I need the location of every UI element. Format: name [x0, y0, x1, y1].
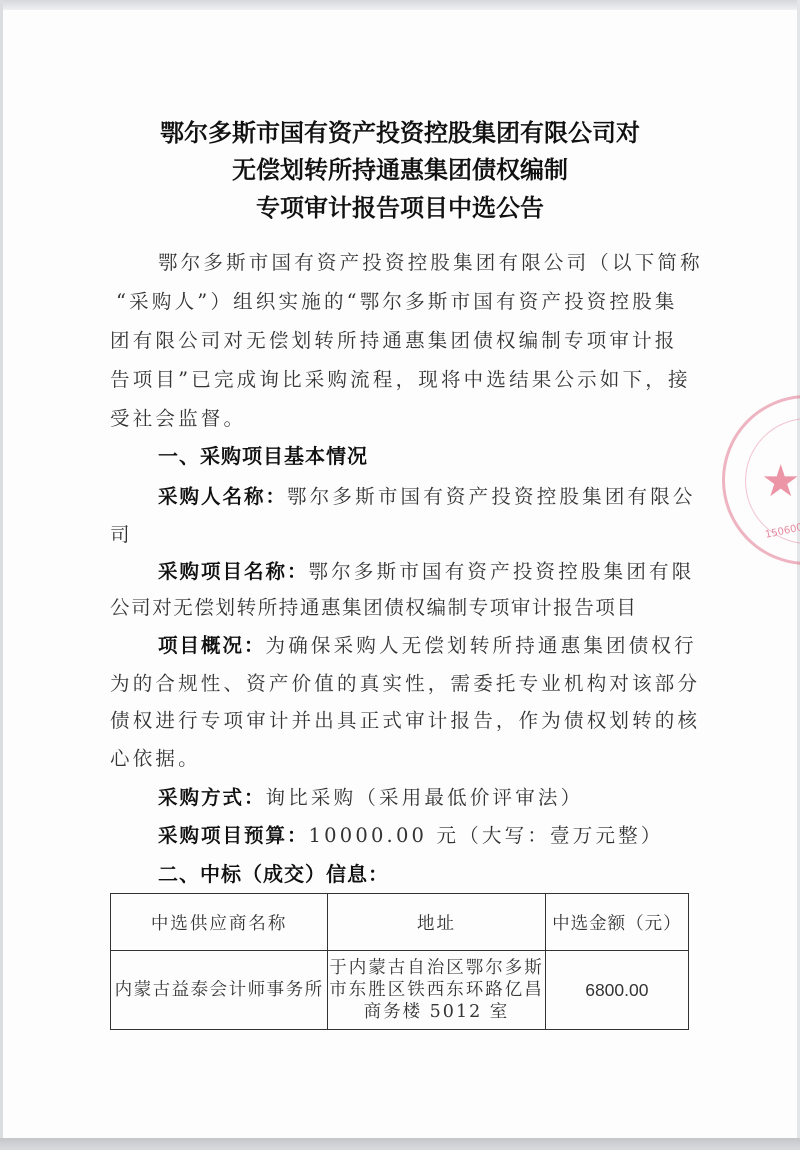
overview-line-3: 债权进行专项审计并出具正式审计报告，作为债权划转的核	[110, 705, 690, 733]
table-header-row: 中选供应商名称 地址 中选金额（元）	[111, 894, 689, 951]
overview-label: 项目概况：	[158, 634, 266, 657]
project-name-value-cont: 公司对无偿划转所持通惠集团债权编制专项审计报告项目	[110, 592, 690, 620]
project-name-line: 采购项目名称：鄂尔多斯市国有资产投资控股集团有限	[158, 556, 690, 584]
section-2-heading: 二、中标（成交）信息：	[158, 858, 690, 887]
method-label: 采购方式：	[158, 786, 266, 809]
project-name-label: 采购项目名称：	[158, 560, 309, 583]
address-line-1: 于内蒙古自治区鄂尔多斯	[328, 957, 545, 979]
title-line-3: 专项审计报告项目中选公告	[0, 188, 800, 223]
seal-star-icon: ★	[761, 460, 800, 504]
purchaser-line: 采购人名称：鄂尔多斯市国有资产投资控股集团有限公	[158, 481, 690, 509]
purchaser-value: 鄂尔多斯市国有资产投资控股集团有限公	[287, 485, 696, 508]
intro-line-5: 受社会监督。	[110, 403, 690, 431]
overview-line-4: 心依据。	[110, 743, 690, 771]
intro-line-3: 团有限公司对无偿划转所持通惠集团债权编制专项审计报	[110, 325, 690, 353]
section-1-heading: 一、采购项目基本情况	[158, 440, 690, 469]
overview-value: 为确保采购人无偿划转所持通惠集团债权行	[266, 634, 697, 657]
title-line-2: 无偿划转所持通惠集团债权编制	[0, 150, 800, 185]
official-seal-stamp: ★ 150600	[722, 395, 800, 565]
scan-edge-top	[0, 0, 800, 10]
overview-line: 项目概况：为确保采购人无偿划转所持通惠集团债权行	[158, 630, 690, 658]
cell-amount: 6800.00	[545, 951, 688, 1030]
scan-edge-bottom	[0, 1138, 800, 1150]
header-address: 地址	[328, 894, 546, 951]
method-value: 询比采购（采用最低价评审法）	[266, 786, 584, 809]
table-row: 内蒙古益泰会计师事务所 于内蒙古自治区鄂尔多斯 市东胜区铁西东环路亿昌 商务楼 …	[111, 951, 689, 1030]
title-line-1: 鄂尔多斯市国有资产投资控股集团有限公司对	[0, 113, 800, 148]
header-supplier: 中选供应商名称	[111, 894, 328, 951]
method-line: 采购方式：询比采购（采用最低价评审法）	[158, 782, 690, 810]
budget-line: 采购项目预算：10000.00 元（大写：壹万元整）	[158, 820, 690, 848]
cell-address: 于内蒙古自治区鄂尔多斯 市东胜区铁西东环路亿昌 商务楼 5012 室	[328, 951, 546, 1030]
project-name-value: 鄂尔多斯市国有资产投资控股集团有限	[309, 560, 695, 583]
address-line-2: 市东胜区铁西东环路亿昌	[328, 979, 545, 1001]
intro-line-4: 告项目”已完成询比采购流程，现将中选结果公示如下，接	[110, 364, 690, 392]
budget-label: 采购项目预算：	[158, 824, 309, 847]
purchaser-label: 采购人名称：	[158, 485, 287, 508]
overview-line-2: 为的合规性、资产价值的真实性，需委托专业机构对该部分	[110, 668, 690, 696]
intro-line-2: “采购人”）组织实施的“鄂尔多斯市国有资产投资控股集	[116, 286, 696, 314]
intro-line-1: 鄂尔多斯市国有资产投资控股集团有限公司（以下简称	[158, 247, 690, 275]
purchaser-value-cont: 司	[110, 519, 690, 547]
cell-supplier: 内蒙古益泰会计师事务所	[111, 951, 328, 1030]
header-amount: 中选金额（元）	[545, 894, 688, 951]
award-table: 中选供应商名称 地址 中选金额（元） 内蒙古益泰会计师事务所 于内蒙古自治区鄂尔…	[110, 893, 689, 1030]
address-line-3: 商务楼 5012 室	[328, 1001, 545, 1023]
budget-value: 10000.00 元（大写：壹万元整）	[309, 824, 664, 847]
